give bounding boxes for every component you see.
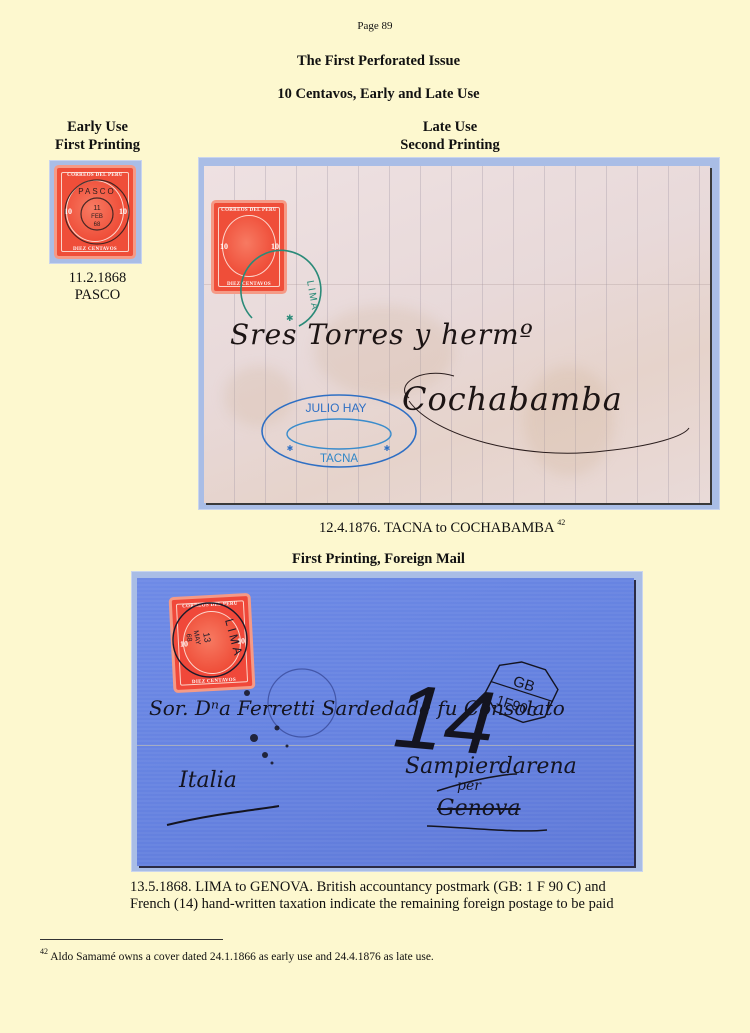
address-town: Sampierdarena	[405, 754, 577, 779]
cancel-town: PASCO	[78, 187, 115, 196]
lima-black-cancel: LIMA 13 MAY 68	[173, 603, 247, 677]
svg-text:✱: ✱	[287, 444, 294, 453]
svg-text:GB: GB	[511, 673, 537, 696]
cancel-day: 13	[201, 632, 213, 644]
early-use-stamp: CORREOS DEL PERU 10 10 DIEZ CENTAVOS PAS…	[57, 168, 133, 256]
address-addressee: Sor. Dⁿa Ferretti Sardedade fu Consolato	[149, 696, 565, 720]
cancel-month: MAY	[192, 630, 201, 646]
page-subtitle: 10 Centavos, Early and Late Use	[0, 86, 750, 103]
late-use-caption: 12.4.1876. TACNA to COCHABAMBA 42	[319, 515, 565, 537]
footnote-number: 42	[40, 947, 48, 956]
late-use-cover: CORREOS DEL PERU 10 10 DIEZ CENTAVOS LIM…	[204, 166, 710, 503]
pasco-cancel-postmark: PASCO 11 FEB 68	[57, 168, 133, 256]
early-use-heading-line1: Early Use	[30, 118, 165, 136]
address-city: Genova	[437, 796, 521, 821]
early-use-heading: Early Use First Printing	[30, 118, 165, 154]
lima-green-cancel: LIMA ✱	[241, 250, 321, 326]
footnote-reference[interactable]: 42	[557, 518, 565, 527]
late-use-caption-text: 12.4.1876. TACNA to COCHABAMBA	[319, 520, 554, 536]
green-cancel-text: LIMA	[304, 280, 320, 313]
foreign-cover-markings: LIMA 13 MAY 68 14 GB 1F90C	[137, 578, 634, 866]
cancel-year: 68	[184, 633, 192, 642]
early-use-heading-line2: First Printing	[30, 136, 165, 154]
foreign-mail-caption-line2: French (14) hand-written taxation indica…	[130, 896, 614, 913]
page-number: Page 89	[0, 20, 750, 32]
early-use-place: PASCO	[30, 287, 165, 304]
footnote-divider	[40, 939, 223, 940]
foreign-mail-heading: First Printing, Foreign Mail	[0, 550, 750, 568]
julio-hay-handstamp: JULIO HAY TACNA ✱ ✱	[262, 395, 416, 467]
early-use-caption: 11.2.1868 PASCO	[30, 270, 165, 304]
svg-text:✱: ✱	[384, 444, 391, 453]
late-use-heading: Late Use Second Printing	[360, 118, 540, 154]
footnote-text: Aldo Samamé owns a cover dated 24.1.1866…	[50, 951, 434, 963]
address-per: per	[457, 778, 481, 794]
address-city: Cochabamba	[402, 380, 623, 418]
foreign-mail-caption-line1: 13.5.1868. LIMA to GENOVA. British accou…	[130, 879, 614, 896]
late-use-heading-line2: Second Printing	[360, 136, 540, 154]
cancel-month: FEB	[91, 214, 103, 220]
page-title: The First Perforated Issue	[0, 53, 750, 70]
foreign-mail-cover: CORREOS DEL PERU 10 10 DIEZ CENTAVOS LIM…	[137, 578, 634, 866]
address-addressee: Sres Torres y hermº	[230, 318, 534, 351]
cancel-year: 68	[94, 222, 101, 228]
late-use-heading-line1: Late Use	[360, 118, 540, 136]
cancel-day: 11	[93, 205, 100, 212]
address-country: Italia	[179, 768, 237, 793]
footnote: 42 Aldo Samamé owns a cover dated 24.1.1…	[40, 948, 434, 963]
handstamp-bottom-text: TACNA	[320, 453, 358, 465]
handstamp-top-text: JULIO HAY	[305, 401, 366, 415]
foreign-mail-caption: 13.5.1868. LIMA to GENOVA. British accou…	[130, 879, 614, 913]
early-use-date: 11.2.1868	[30, 270, 165, 287]
